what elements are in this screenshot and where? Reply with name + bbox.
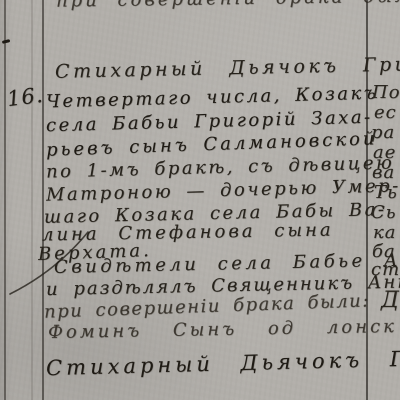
manuscript-line: Фоминъ Сынъ од лонск (48, 315, 397, 345)
adjacent-column-fragment: сть (371, 259, 400, 280)
entry-number: 16. (6, 83, 45, 111)
adjacent-column-fragment: Ть (374, 182, 398, 203)
adjacent-column-fragment: ес (374, 102, 397, 123)
manuscript-line: Стихарный Дьячокъ Гри- (55, 52, 400, 84)
margin-mark (2, 39, 10, 43)
adjacent-column-fragment: По (372, 82, 400, 103)
adjacent-column-fragment: ае (373, 142, 396, 163)
adjacent-column-fragment: ра (371, 122, 395, 143)
manuscript-line: при совершеніи брака были: (56, 0, 400, 14)
manuscript-line: Стихарный Дьячокъ Гри (46, 346, 400, 380)
adjacent-column-fragment: Сь (371, 202, 397, 223)
table-rule-left-edge (4, 0, 6, 400)
table-rule-margin (42, 0, 44, 400)
manuscript-page: 16. при совершеніи брака были: Стихарный… (0, 0, 400, 400)
adjacent-column-fragment: Д (381, 288, 400, 313)
paper-crease (31, 0, 33, 400)
adjacent-column-fragment: ва (372, 162, 395, 183)
adjacent-column-fragment: ка (373, 222, 396, 243)
